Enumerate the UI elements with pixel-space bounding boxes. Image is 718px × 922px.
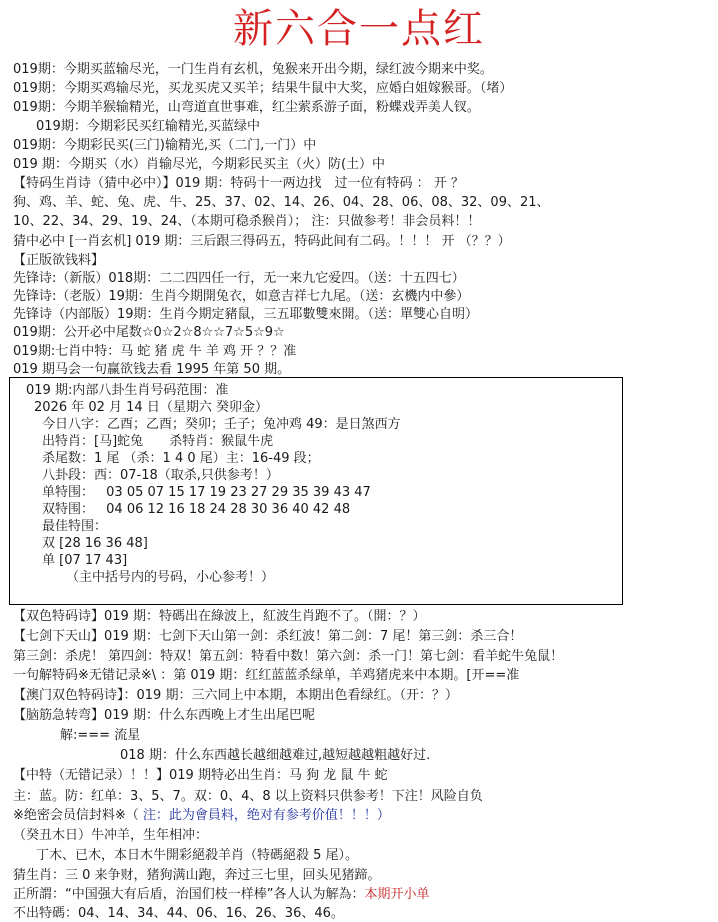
text-line: 先锋诗:（老版）19期：生肖今期開兔衣，如意吉祥七九尾。（送：玄機内中參）	[13, 288, 469, 306]
text-line: 019 期：今期买（水）肖输尽光，今期彩民买主（火）防(土）中	[13, 156, 385, 174]
box-bagua-segment: 八卦段：西：07-18（取杀,只供参考！）	[42, 467, 279, 484]
section-heading: 【正版欲钱料】	[13, 252, 104, 270]
text-line: 先锋诗（内部版）19期：生肖今期定豬鼠，三五耶數雙來開。（送：單雙心自明）	[13, 306, 478, 324]
text-line: 019期：公开必中尾数☆0☆2☆8☆☆7☆5☆9☆	[13, 324, 285, 342]
member-line: ※绝密会员信封料※（ 注：此为會員料，绝对有参考价值！！！）	[13, 807, 390, 825]
no-special-line: 不出特碼：04、14、34、44、06、16、26、36、46。	[13, 905, 344, 922]
text-line: 019期：今期彩民买(三门)输精光,买（二门,一门）中	[13, 137, 316, 155]
text-line: 猜生肖：三 0 来争财，猪狗满山跑，奔过三七里，回头见猪蹄。	[13, 867, 381, 885]
text-line: 【特码生肖诗（猜中必中）】019 期：特码十一两边找 过一位有特码 ： 开 ？	[13, 175, 464, 193]
box-best-double: 双 [28 16 36 48]	[42, 535, 148, 552]
text-line: 【双色特码诗】019 期：特碼出在綠波上，紅波生肖跑不了。（開：？）	[13, 608, 425, 626]
text-line: 018 期：什么东西越长越细越难过,越短越越粗越好过.	[120, 747, 430, 765]
text-line: 狗、鸡、羊、蛇、兔、虎、牛、25、37、02、14、26、04、28、06、08…	[13, 194, 550, 212]
answer-value: 本期开小单	[364, 887, 429, 902]
box-kill-tail: 杀尾数：1 尾 （杀：1 4 0 尾）主：16-49 段；	[42, 450, 320, 467]
text-line: 【七剑下天山】019 期：七剑下天山第一剑：杀红波！第二剑：7 尾！第三剑：杀三…	[13, 628, 522, 646]
text-line: 【中特（无错记录）！！】019 期特必出生肖：马 狗 龙 鼠 牛 蛇	[13, 767, 388, 785]
single-label: 单特围：	[42, 485, 94, 500]
text-line: 一句解特码※无错记录※\ ：第 019 期：红红蓝蓝杀绿单，羊鸡猪虎来中本期。[…	[13, 667, 519, 685]
text-line: 解:=== 流星	[60, 727, 140, 745]
double-label: 双特围：	[42, 502, 94, 517]
text-line: 【澳门双色特码诗】：019 期：三六同上中本期，本期出色看绿红。（开：？）	[13, 687, 458, 705]
text-line: 第三剑：杀虎！ 第四剑：特双！第五剑：特看中数！第六剑：杀一门！第七剑：看羊蛇牛…	[13, 648, 563, 666]
text-line: 丁木、已木，本日木牛開彩絕殺羊肖（特碼絕殺 5 尾）。	[36, 847, 358, 865]
answer-prefix: 正所謂：“中国强大有后盾，治国们枝一样棒”各人认为解為：	[13, 887, 364, 902]
text-line: 019期:七肖中特：马 蛇 猪 虎 牛 羊 鸡 开 ？？准	[13, 343, 296, 361]
bagua-box: 019 期:内部八卦生肖号码范围：准 2026 年 02 月 14 日（星期六 …	[9, 377, 623, 605]
box-single-row: 单特围： 03 05 07 15 17 19 23 27 29 35 39 43…	[42, 484, 371, 501]
member-note: 注：此为會員料，绝对有参考价值！！！）	[139, 808, 390, 823]
text-line: （癸丑木日）牛冲羊，生年相冲：	[13, 827, 208, 845]
text-line: 主：蓝。防：红单：3、5、7。双：0、4、8 以上资料只供参考！下注！风险自负	[13, 788, 483, 806]
text-line: 【脑筋急转弯】019 期：什么东西晚上才生出尾巴呢	[13, 707, 315, 725]
box-date: 2026 年 02 月 14 日（星期六 癸卯金）	[34, 399, 268, 416]
box-best-single: 单 [07 17 43]	[42, 552, 127, 569]
box-bazi: 今日八字：乙酉；乙酉；癸卯；壬子；兔冲鸡 49：是日煞西方	[42, 416, 401, 433]
single-numbers: 03 05 07 15 17 19 23 27 29 35 39 43 47	[106, 485, 371, 500]
box-double-row: 双特围： 04 06 12 16 18 24 28 30 36 40 42 48	[42, 501, 350, 518]
text-line: 10、22、34、29、19、24、（本期可稳杀猴肖）； 注：只做参考！非会员料…	[13, 213, 480, 231]
text-line: 019期：今期羊猴输精光，山弯道直世事难，红尘萦系游子面，粉蝶戏弄美人钗。	[13, 99, 480, 117]
text-line: 019期：今期买鸡输尽光，买龙买虎又买羊；结果牛鼠中大奖，应婚白姐嫁猴哥。（堵）	[13, 80, 512, 98]
text-line: 猜中必中 [一肖玄机] 019 期：三后跟三得码五，特码此间有二码。！！！ 开 …	[13, 233, 511, 251]
box-out-zodiac: 出特肖：[马]蛇兔 杀特肖：猴鼠牛虎	[42, 433, 273, 450]
box-note: （主中括号内的号码，小心参考！）	[66, 569, 274, 586]
text-line: 019期：今期彩民买红输精光,买蓝绿中	[36, 118, 260, 136]
answer-line: 正所謂：“中国强大有后盾，治国们枝一样棒”各人认为解為：本期开小单	[13, 886, 430, 904]
text-line: 先锋诗:（新版）018期：二二四四任一行，无一来九它爱四。（送：十五四七）	[13, 270, 465, 288]
box-best-label: 最佳特围：	[42, 518, 107, 535]
box-heading: 019 期:内部八卦生肖号码范围：准	[26, 382, 228, 399]
double-numbers: 04 06 12 16 18 24 28 30 36 40 42 48	[106, 502, 350, 517]
member-prefix: ※绝密会员信封料※（	[13, 808, 139, 823]
text-line: 019期：今期买蓝输尽光，一门生肖有玄机，兔猴来开出今期，绿红波今期来中奖。	[13, 61, 493, 79]
page-title: 新六合一点红	[0, 4, 718, 54]
